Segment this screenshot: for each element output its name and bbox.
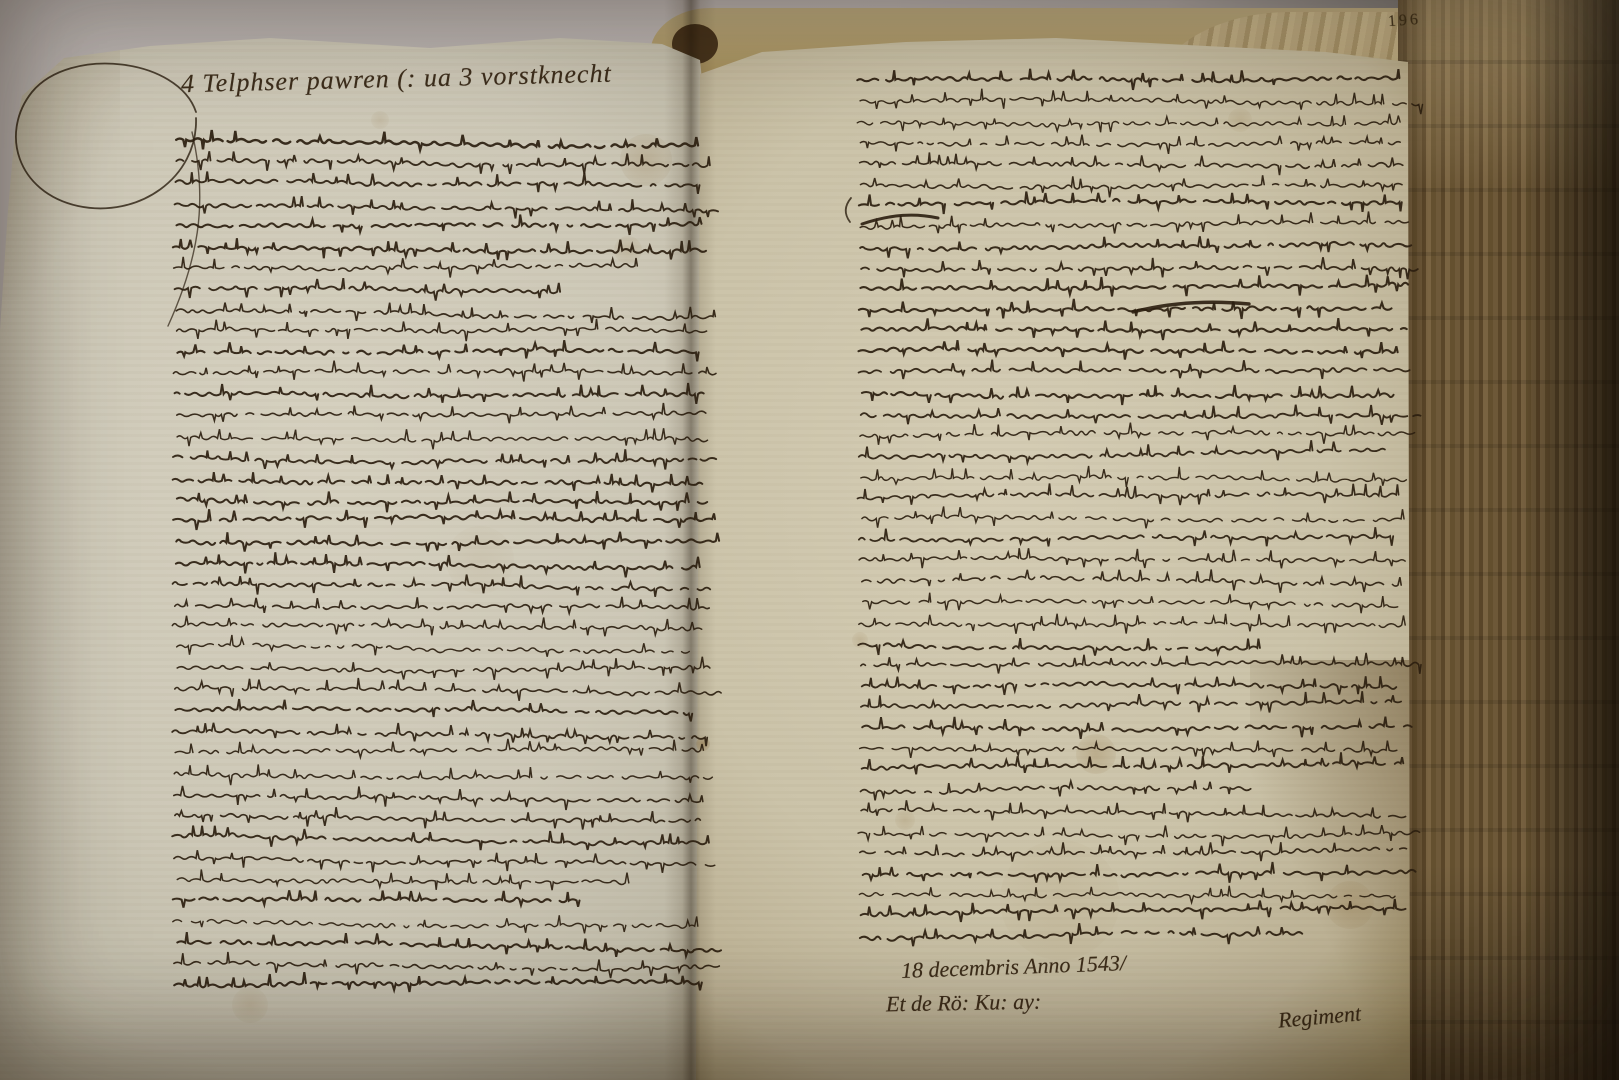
subscription-line: Et de Rö: Ku: ay: (886, 989, 1042, 1018)
manuscript-photo: 4 Telphser pawren (: ua 3 vorstknecht 19… (0, 0, 1619, 1080)
handwriting-ink-layer (0, 0, 1619, 1080)
folio-number: 196 (1387, 11, 1421, 31)
